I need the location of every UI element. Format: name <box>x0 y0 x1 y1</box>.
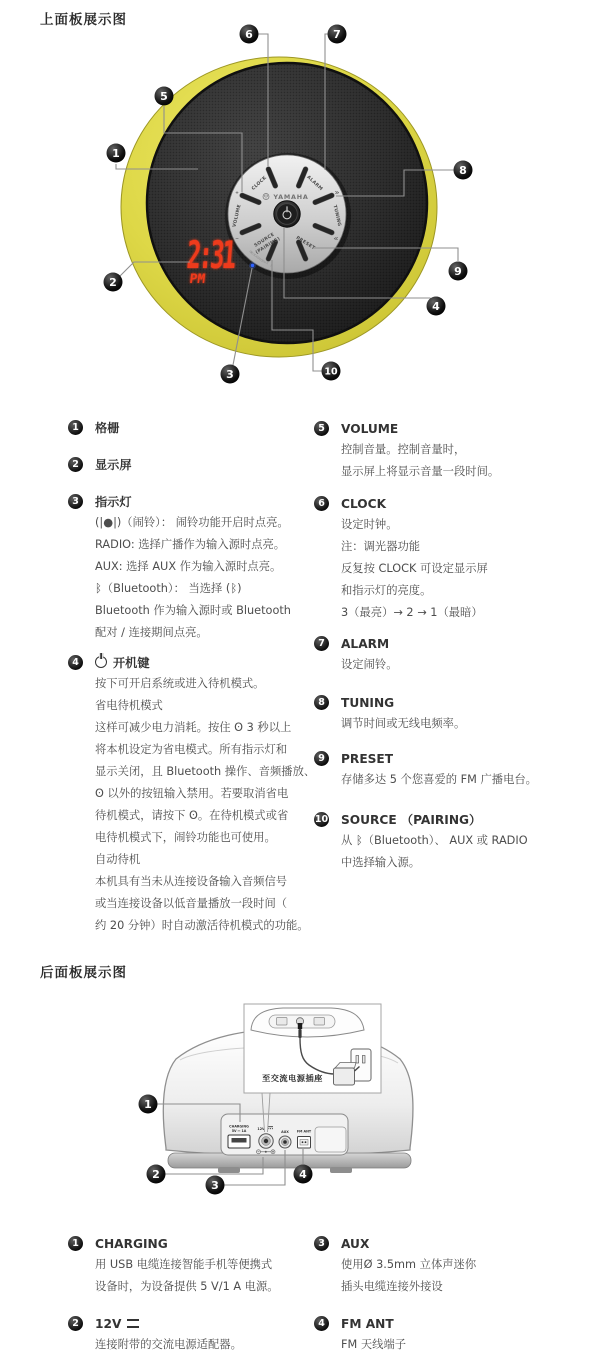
legend-item-title: ALARM <box>341 635 584 653</box>
legend-item-title: VOLUME <box>341 420 584 438</box>
callout-badge: 6 <box>240 25 259 44</box>
list-item: 4 FM ANT FM 天线端子 <box>314 1315 574 1356</box>
legend-item-title: 显示屏 <box>95 456 308 474</box>
svg-text:2: 2 <box>109 276 117 289</box>
list-item: 5 VOLUME 控制音量。控制音量时， 显示屏上将显示音量一段时间。 <box>314 420 584 483</box>
legend-item-body: 用 USB 电缆连接智能手机等便携式 设备时，为设备提供 5 V/1 A 电源。 <box>95 1254 318 1298</box>
callout-badge: 7 <box>328 25 347 44</box>
legend-item-body: 从 ᛒ（Bluetooth）、 AUX 或 RADIO 中选择输入源。 <box>341 830 584 874</box>
svg-text:5: 5 <box>160 90 168 103</box>
plus-mark: + <box>235 190 239 196</box>
legend-item-body: FM 天线端子 <box>341 1334 574 1356</box>
list-item: 1 格栅 <box>68 419 308 437</box>
svg-text:9: 9 <box>454 265 462 278</box>
dc-plug-icon <box>298 1023 302 1038</box>
list-item: 9 PRESET 存储多达 5 个您喜爱的 FM 广播电台。 <box>314 750 584 791</box>
svg-text:6: 6 <box>245 28 253 41</box>
svg-text:4: 4 <box>432 300 440 313</box>
inset-caption: 至交流电源插座 <box>262 1073 323 1083</box>
display-ampm: PM <box>189 272 207 287</box>
callout-badge: 5 <box>155 87 174 106</box>
list-item: 7 ALARM 设定闹铃。 <box>314 635 584 676</box>
list-item: 8 TUNING 调节时间或无线电频率。 <box>314 694 584 735</box>
callout-badge: 4 <box>294 1165 313 1184</box>
legend-item-body: 设定闹铃。 <box>341 654 584 676</box>
tuning-down-mark: ≪ <box>334 237 339 242</box>
callout-badge: 1 <box>107 144 126 163</box>
callout-badge: 3 <box>206 1176 225 1195</box>
list-item: 2 显示屏 <box>68 456 308 474</box>
charging-port-label: CHARGING <box>229 1125 249 1129</box>
power-button[interactable] <box>274 201 300 227</box>
rear-section-title: 后面板展示图 <box>40 961 127 981</box>
callout-badge: 9 <box>314 751 329 766</box>
dc-in-jack[interactable] <box>259 1134 273 1148</box>
svg-text:3: 3 <box>226 368 234 381</box>
device-foot <box>218 1167 240 1173</box>
callout-badge: 2 <box>147 1165 166 1184</box>
legend-item-title: FM ANT <box>341 1315 574 1333</box>
legend-item-body: 调节时间或无线电频率。 <box>341 713 584 735</box>
legend-item-title: AUX <box>341 1235 574 1253</box>
aux-port-label: AUX <box>281 1130 289 1134</box>
svg-text:7: 7 <box>333 28 341 41</box>
list-item: 4 开机键 按下可开启系统或进入待机模式。 省电待机模式 这样可减少电力消耗。按… <box>68 654 318 937</box>
minus-mark: − <box>235 237 239 242</box>
list-item: 10 SOURCE （PAIRING） 从 ᛒ（Bluetooth）、 AUX … <box>314 811 584 874</box>
legend-item-body: 使用Ø 3.5mm 立体声迷你 插头电缆连接外接设 <box>341 1254 574 1298</box>
legend-item-body: 按下可开启系统或进入待机模式。 省电待机模式 这样可减少电力消耗。按住 ʘ 3 … <box>95 673 318 937</box>
blank-panel <box>315 1127 346 1152</box>
legend-item-title: 12V <box>95 1315 318 1333</box>
callout-badge: 3 <box>314 1236 329 1251</box>
svg-text:2: 2 <box>152 1168 160 1181</box>
legend-item-body: 控制音量。控制音量时， 显示屏上将显示音量一段时间。 <box>341 439 584 483</box>
callout-badge: 2 <box>68 1316 83 1331</box>
svg-text:1: 1 <box>144 1098 152 1111</box>
fm-ant-label: FM ANT <box>297 1130 312 1134</box>
callout-badge: 4 <box>314 1316 329 1331</box>
svg-text:10: 10 <box>324 367 338 378</box>
callout-badge: 5 <box>314 421 329 436</box>
callout-badge: 10 <box>322 362 341 381</box>
svg-text:8: 8 <box>459 164 467 177</box>
device-foot <box>330 1167 352 1173</box>
callout-badge: 4 <box>68 655 83 670</box>
power-icon <box>95 656 107 668</box>
callout-badge: 10 <box>314 812 329 827</box>
callout-badge: 6 <box>314 496 329 511</box>
legend-item-body: 连接附带的交流电源适配器。 <box>95 1334 318 1356</box>
legend-item-body: 存储多达 5 个您喜爱的 FM 广播电台。 <box>341 769 584 791</box>
tuning-up-mark: ≫ <box>335 191 340 196</box>
callout-badge: 4 <box>427 297 446 316</box>
dc-symbol-icon <box>127 1319 139 1328</box>
manual-page: 上面板展示图 <box>0 0 600 1356</box>
callout-badge: 1 <box>68 420 83 435</box>
svg-text:3: 3 <box>211 1179 219 1192</box>
legend-item-title: 指示灯 <box>95 493 318 511</box>
callout-badge: 9 <box>449 262 468 281</box>
list-item: 2 12V 连接附带的交流电源适配器。 <box>68 1315 318 1356</box>
legend-item-title: 开机键 <box>95 654 318 672</box>
callout-badge: 3 <box>68 494 83 509</box>
list-item: 3 指示灯 (|●|)（闹铃）： 闹铃功能开启时点亮。 RADIO: 选择广播作… <box>68 493 318 644</box>
callout-badge: 1 <box>68 1236 83 1251</box>
top-panel-diagram: YAMAHA CLOCK ALARM VOLUME TUNING SOURCE … <box>0 0 600 400</box>
legend-item-title: 格栅 <box>95 419 308 437</box>
legend-item-title: CHARGING <box>95 1235 318 1253</box>
callout-badge: 1 <box>139 1095 158 1114</box>
usb-charging-port[interactable] <box>228 1135 250 1148</box>
brand-text: YAMAHA <box>272 193 308 201</box>
callout-badge: 3 <box>221 365 240 384</box>
rear-panel-diagram: CHARGING 5V ⎓ 1A 12V AUX FM ANT <box>0 990 600 1240</box>
fm-antenna-terminal[interactable] <box>298 1137 311 1149</box>
svg-text:4: 4 <box>299 1168 307 1181</box>
aux-jack[interactable] <box>279 1136 291 1148</box>
legend-item-body: (|●|)（闹铃）： 闹铃功能开启时点亮。 RADIO: 选择广播作为输入源时点… <box>95 512 318 644</box>
callout-badge: 7 <box>314 636 329 651</box>
legend-item-title: TUNING <box>341 694 584 712</box>
callout-badge: 2 <box>104 273 123 292</box>
legend-item-title: PRESET <box>341 750 584 768</box>
svg-text:1: 1 <box>112 147 120 160</box>
legend-item-title: SOURCE （PAIRING） <box>341 811 584 829</box>
legend-item-title: CLOCK <box>341 495 584 513</box>
callout-badge: 8 <box>314 695 329 710</box>
list-item: 6 CLOCK 设定时钟。 注：调光器功能 反复按 CLOCK 可设定显示屏 和… <box>314 495 584 624</box>
list-item: 3 AUX 使用Ø 3.5mm 立体声迷你 插头电缆连接外接设 <box>314 1235 574 1298</box>
legend-item-body: 设定时钟。 注：调光器功能 反复按 CLOCK 可设定显示屏 和指示灯的亮度。 … <box>341 514 584 624</box>
svg-text:5V ⎓ 1A: 5V ⎓ 1A <box>232 1129 247 1133</box>
callout-badge: 8 <box>454 161 473 180</box>
callout-badge: 2 <box>68 457 83 472</box>
list-item: 1 CHARGING 用 USB 电缆连接智能手机等便携式 设备时，为设备提供 … <box>68 1235 318 1298</box>
